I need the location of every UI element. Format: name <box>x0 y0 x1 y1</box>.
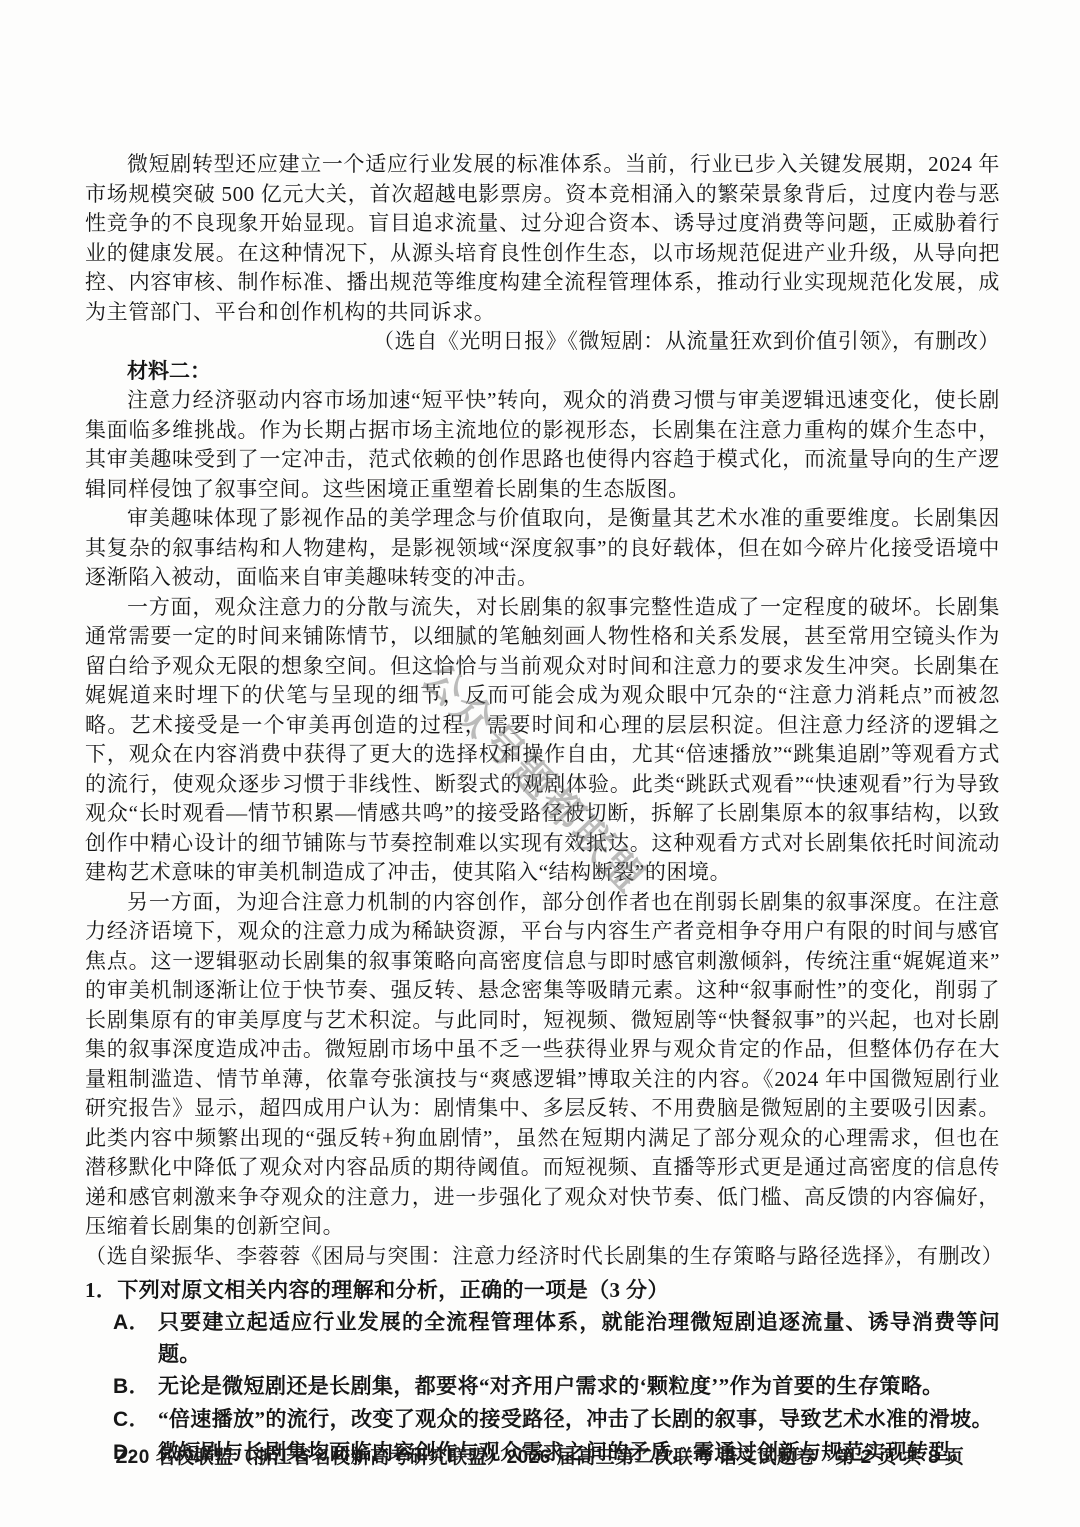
option-b-text: 无论是微短剧还是长剧集，都要将“对齐用户需求的‘颗粒度’”作为首要的生存策略。 <box>158 1370 1000 1402</box>
option-a-label: A． <box>113 1307 158 1339</box>
material-two-paragraph-2: 审美趣味体现了影视作品的美学理念与价值取向，是衡量其艺术水准的重要维度。长剧集因… <box>85 504 1000 593</box>
material-one-source-attribution: （选自《光明日报》《微短剧：从流量狂欢到价值引领》，有删改） <box>85 327 1000 357</box>
page-content: 微短剧转型还应建立一个适应行业发展的标准体系。当前，行业已步入关键发展期，202… <box>85 150 1000 1469</box>
material-two-source-attribution: （选自梁振华、李蓉蓉《困局与突围：注意力经济时代长剧集的生存策略与路径选择》，有… <box>85 1242 1000 1272</box>
option-a-text: 只要建立起适应行业发展的全流程管理体系，就能治理微短剧追逐流量、诱导消费等问题。 <box>158 1306 1000 1370</box>
question-1-option-b: B． 无论是微短剧还是长剧集，都要将“对齐用户需求的‘颗粒度’”作为首要的生存策… <box>85 1370 1000 1403</box>
material-two-paragraph-4: 另一方面，为迎合注意力机制的内容创作，部分创作者也在削弱长剧集的叙事深度。在注意… <box>85 888 1000 1242</box>
option-b-label: B． <box>113 1371 158 1403</box>
exam-paper-page: 公众号题都联盟 微短剧转型还应建立一个适应行业发展的标准体系。当前，行业已步入关… <box>0 0 1080 1527</box>
question-1-stem: 1．下列对原文相关内容的理解和分析，正确的一项是（3 分） <box>85 1274 1000 1306</box>
question-1: 1．下列对原文相关内容的理解和分析，正确的一项是（3 分） A． 只要建立起适应… <box>85 1274 1000 1469</box>
material-two-heading: 材料二： <box>85 357 1000 387</box>
material-two-paragraph-3: 一方面，观众注意力的分散与流失，对长剧集的叙事完整性造成了一定程度的破坏。长剧集… <box>85 593 1000 888</box>
question-1-option-a: A． 只要建立起适应行业发展的全流程管理体系，就能治理微短剧追逐流量、诱导消费等… <box>85 1306 1000 1370</box>
option-c-label: C． <box>113 1404 158 1436</box>
material-two-paragraph-1: 注意力经济驱动内容市场加速“短平快”转向，观众的消费习惯与审美逻辑迅速变化，使长… <box>85 386 1000 504</box>
option-c-text: “倍速播放”的流行，改变了观众的接受路径，冲击了长剧的叙事，导致艺术水准的滑坡。 <box>158 1403 1000 1435</box>
material-one-paragraph: 微短剧转型还应建立一个适应行业发展的标准体系。当前，行业已步入关键发展期，202… <box>85 150 1000 327</box>
page-footer: Z20 名校联盟（浙江省名校新高考研究联盟）2026 届高三第二次联考 语文试题… <box>0 1442 1080 1469</box>
question-1-option-c: C． “倍速播放”的流行，改变了观众的接受路径，冲击了长剧的叙事，导致艺术水准的… <box>85 1403 1000 1436</box>
